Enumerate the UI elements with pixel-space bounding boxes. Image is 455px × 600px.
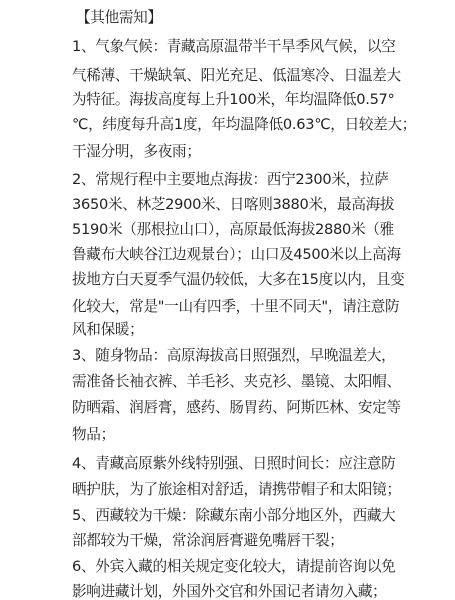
section-heading: 【其他需知】 <box>76 8 162 28</box>
text-line: 需准备长袖衣裤、羊毛衫、夹克衫、墨镜、太阳帽、 <box>72 372 401 392</box>
text-line: 物品； <box>72 425 115 445</box>
text-line: 4、青藏高原紫外线特别强、日照时间长：应注意防 <box>72 454 395 474</box>
text-line: 干湿分明，多夜雨； <box>72 142 201 162</box>
text-line: 风和保暖； <box>72 320 143 340</box>
text-line: 为特征。海拔高度每上升100米，年均温降低0.57° <box>72 90 395 110</box>
text-line: 拔地方白天夏季气温仍较低，大多在15度以内，且变 <box>72 270 404 290</box>
text-line: 6、外宾入藏的相关规定变化较大，请提前咨询以免 <box>72 557 395 577</box>
text-line: 化较大，常是"一山有四季，十里不同天"，请注意防 <box>72 297 399 317</box>
text-line: 5190米（那根拉山口），高原最低海拔2880米（雅 <box>72 220 394 240</box>
text-line: 3、随身物品：高原海拔高日照强烈，早晚温差大， <box>72 346 395 366</box>
text-line: 5、西藏较为干燥：除藏东南小部分地区外，西藏大 <box>72 506 395 526</box>
text-line: 防晒霜、润唇膏，感药、肠胃药、阿斯匹林、安定等 <box>72 398 401 418</box>
text-line: 部都较为干燥，常涂润唇膏避免嘴唇干裂； <box>72 531 344 551</box>
text-line: 3650米、林芝2900米、日喀则3880米，最高海拔 <box>72 195 394 215</box>
text-line: 鲁藏布大峡谷江边观景台）；山口及4500米以上高海 <box>72 245 401 265</box>
text-line: 影响进藏计划，外国外交官和外国记者请勿入藏； <box>72 582 386 600</box>
text-line: 晒护肤，为了旅途相对舒适，请携带帽子和太阳镜； <box>72 480 401 500</box>
text-line: 2、常规行程中主要地点海拔：西宁2300米，拉萨 <box>72 170 389 190</box>
text-line: 1、气象气候：青藏高原温带半干旱季风气候，以空 <box>72 37 395 57</box>
text-line: 气稀薄、干燥缺氧、阳光充足、低温寒冷、日温差大 <box>72 66 401 86</box>
text-line: ℃，纬度每升高1度，年均温降低0.63℃，日较差大； <box>72 115 416 135</box>
